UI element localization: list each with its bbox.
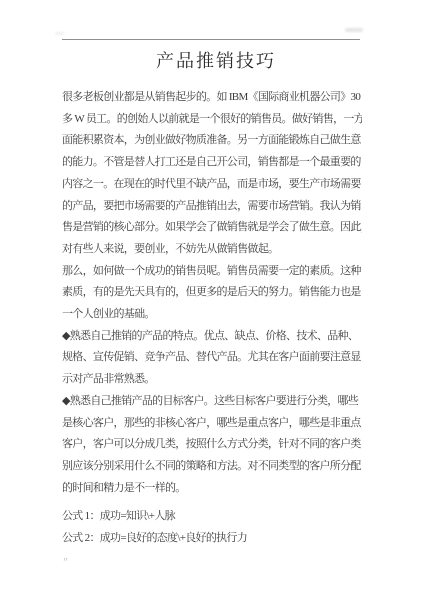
scan-artifact-right xyxy=(345,28,363,32)
text-line: 一个人创业的基础。 xyxy=(62,304,362,326)
text-line: 那么，如何做一个成功的销售员呢。销售员需要一定的素质。这种 xyxy=(62,261,362,283)
text-line: ◆熟悉自己推销产品的目标客户。这些目标客户要进行分类，哪些 xyxy=(62,391,362,413)
text-line: 〃 xyxy=(62,550,362,572)
document-page: 产品推销技巧 很多老板创业都是从销售起步的。如 IBM《国际商业机器公司》30多… xyxy=(0,0,423,600)
text-line: 售是营销的核心部分。如果学会了做销售就是学会了做生意。因此， xyxy=(62,217,362,239)
text-line: 是核心客户，那些的非核心客户，哪些是重点客户，哪些是非重点 xyxy=(62,413,362,435)
text-line: 客户，客户可以分成几类，按照什么方式分类，针对不同的客户类 xyxy=(62,434,362,456)
scan-artifact-left xyxy=(55,32,64,35)
paragraph-bullet-know-customers: ◆熟悉自己推销产品的目标客户。这些目标客户要进行分类，哪些是核心客户，那些的非核… xyxy=(62,391,362,500)
paragraph-intro: 很多老板创业都是从销售起步的。如 IBM《国际商业机器公司》30多 W 员工。的… xyxy=(62,87,362,261)
text-line: 示对产品非常熟悉。 xyxy=(62,369,362,391)
document-body: 很多老板创业都是从销售起步的。如 IBM《国际商业机器公司》30多 W 员工。的… xyxy=(62,87,362,571)
text-line: 对有些人来说，要创业，不妨先从做销售做起。 xyxy=(62,239,362,261)
paragraph-stray-mark: 〃 xyxy=(62,550,362,572)
paragraph-salesman-quality: 那么，如何做一个成功的销售员呢。销售员需要一定的素质。这种素质，有的是先天具有的… xyxy=(62,261,362,326)
text-line: 素质，有的是先天具有的，但更多的是后天的努力。销售能力也是 xyxy=(62,282,362,304)
paragraph-bullet-know-product: ◆熟悉自己推销的产品的特点。优点、缺点、价格、技术、品种、规格、宣传促销、竞争产… xyxy=(62,326,362,391)
text-line: 的产品，要把市场需要的产品推销出去，需要市场营销。我认为销 xyxy=(62,196,362,218)
text-line: ◆熟悉自己推销的产品的特点。优点、缺点、价格、技术、品种、 xyxy=(62,326,362,348)
paragraph-formula-2: 公式 2：成功=良好的态度\+良好的执行力 xyxy=(62,528,362,550)
text-line: 面能积累资本，为创业做好物质准备。另一方面能锻炼自己做生意 xyxy=(62,130,362,152)
text-line: 很多老板创业都是从销售起步的。如 IBM《国际商业机器公司》30 xyxy=(62,87,362,109)
text-line: 公式 1：成功=知识\+人脉 xyxy=(62,506,362,528)
text-line: 多 W 员工。的创始人以前就是一个很好的销售员。做好销售，一方 xyxy=(62,109,362,131)
text-line: 别应该分别采用什么不同的策略和方法。对不同类型的客户所分配 xyxy=(62,456,362,478)
text-line: 内容之一。在现在的时代里不缺产品，而是市场，要生产市场需要 xyxy=(62,174,362,196)
header-rule xyxy=(62,39,360,40)
text-line: 规格、宣传促销、竞争产品、替代产品。尤其在客户面前要注意显 xyxy=(62,347,362,369)
text-line: 公式 2：成功=良好的态度\+良好的执行力 xyxy=(62,528,362,550)
paragraph-formula-1: 公式 1：成功=知识\+人脉 xyxy=(62,506,362,528)
page-title: 产品推销技巧 xyxy=(62,47,360,75)
text-line: 的时间和精力是不一样的。 xyxy=(62,478,362,500)
text-line: 的能力。不管是替人打工还是自己开公司，销售都是一个最重要的 xyxy=(62,152,362,174)
